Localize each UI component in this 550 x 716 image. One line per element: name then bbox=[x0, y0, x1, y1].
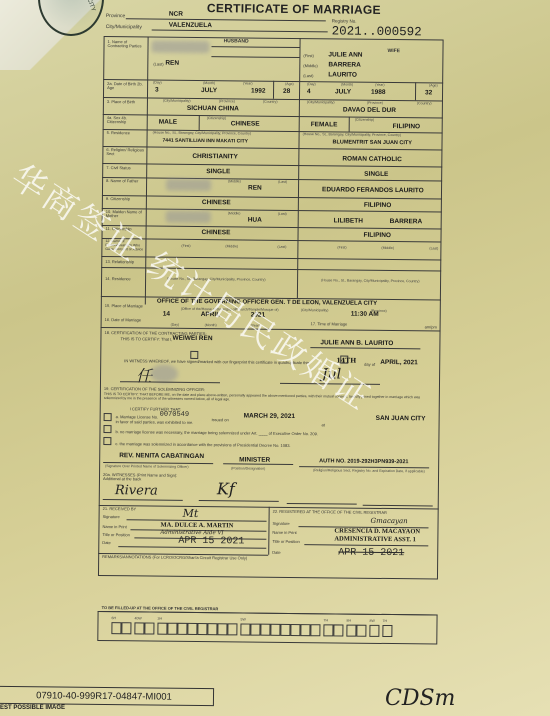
license-date: MARCH 29, 2021 bbox=[244, 412, 295, 420]
marriage-year: 2021 bbox=[251, 312, 266, 319]
witness-signature-2: Kf bbox=[217, 479, 235, 498]
husband-father-citizenship: CHINESE bbox=[202, 199, 231, 206]
husband-mother-citizenship: CHINESE bbox=[202, 229, 231, 236]
label-mother: 10. Maiden Name of Mother bbox=[106, 210, 144, 219]
checkbox-have-entered[interactable] bbox=[190, 351, 198, 359]
label-consent: 12. Name of Person/Guardian Who Gave Con… bbox=[105, 240, 143, 252]
label-witnesses: 20a. WITNESSES (Print Name and Sign): Ad… bbox=[103, 473, 183, 483]
wife-residence: BLUMENTRIT SAN JUAN CITY bbox=[332, 139, 412, 146]
province-label: Province bbox=[106, 14, 126, 20]
husband-age: 28 bbox=[283, 88, 290, 95]
officer-auth: AUTH NO. 2019-292H3PN939-2021 bbox=[319, 458, 408, 465]
wife-age: 32 bbox=[425, 89, 432, 96]
husband-last-name: REN bbox=[165, 60, 179, 67]
wife-middle-name: BARRERA bbox=[328, 61, 361, 68]
wife-dob-month: JULY bbox=[335, 88, 351, 95]
label-date-of-marriage: 16. Date of Marriage bbox=[105, 318, 142, 323]
license-place: SAN JUAN CITY bbox=[376, 415, 426, 423]
wife-civil-status: SINGLE bbox=[364, 171, 388, 178]
wife-mother-first: LILIBETH bbox=[334, 217, 363, 224]
redacted-husband-signature bbox=[150, 365, 178, 383]
checkbox-license[interactable] bbox=[104, 413, 112, 421]
husband-cert-name: WEIWEI REN bbox=[172, 335, 212, 342]
label-civil-status: 7. Civil Status bbox=[106, 166, 130, 171]
registry-number: 2021..000592 bbox=[332, 24, 422, 39]
marriage-certificate-form: CERTIFICATE OF MARRIAGE Province NCR Cit… bbox=[97, 0, 476, 644]
marriage-time: 11:30 AM bbox=[351, 311, 379, 318]
husband-dob-year: 1992 bbox=[251, 88, 266, 95]
wife-cert-name: JULIE ANN B. LAURITO bbox=[320, 339, 393, 347]
marriage-day: 14 bbox=[163, 311, 170, 318]
city-value: VALENZUELA bbox=[169, 22, 212, 29]
husband-dob-day: 3 bbox=[155, 87, 159, 94]
label-consent-residence: 14. Residence bbox=[105, 277, 131, 282]
label-time-of-marriage: 17. Time of Marriage bbox=[311, 322, 348, 327]
best-possible-image-note: EST POSSIBLE IMAGE bbox=[0, 705, 65, 711]
label-names: 1. Name of Contracting Parties bbox=[107, 40, 145, 49]
label-birthplace: 3. Place of Birth bbox=[107, 100, 135, 105]
received-name: MA. DULCE A. MARTIN bbox=[160, 522, 233, 530]
wife-citizenship: FILIPINO bbox=[393, 123, 421, 130]
checkbox-no-license[interactable] bbox=[103, 425, 111, 433]
wife-dob-day: 4 bbox=[307, 88, 311, 95]
husband-mother-last: HUA bbox=[248, 217, 262, 224]
page-title: CERTIFICATE OF MARRIAGE bbox=[164, 1, 424, 18]
city-label: City/Municipality bbox=[106, 25, 142, 31]
received-signature: Mt bbox=[183, 507, 199, 520]
husband-religion: CHRISTIANITY bbox=[192, 153, 238, 160]
registered-signature: Gmacayan bbox=[371, 517, 408, 525]
wife-birthplace: DAVAO DEL DUR bbox=[343, 107, 396, 115]
husband-birthplace: SICHUAN CHINA bbox=[187, 105, 239, 113]
province-value: NCR bbox=[169, 11, 183, 18]
checkbox-pd-1083[interactable] bbox=[103, 437, 111, 445]
wife-father-name: EDUARDO FERANDOS LAURITO bbox=[322, 186, 424, 194]
footer-signature: CDSm bbox=[385, 686, 455, 711]
label-sex-citizenship: 4a. Sex 4b. Citizenship bbox=[107, 116, 145, 125]
redacted-mother-first bbox=[166, 211, 211, 223]
witness-signature-1: Rivera bbox=[115, 483, 158, 498]
wife-dob-year: 1988 bbox=[371, 89, 386, 96]
label-residence: 5. Residence bbox=[107, 131, 130, 136]
wife-header: WIFE bbox=[387, 49, 400, 55]
signed-month-year: APRIL, 2021 bbox=[380, 359, 418, 366]
wife-last-name: LAURITO bbox=[328, 71, 357, 78]
label-dob: 2a. Date of Birth 2b. Age bbox=[107, 82, 145, 91]
label-mother-citizenship: 11. Citizenship bbox=[106, 227, 132, 232]
wife-mother-citizenship: FILIPINO bbox=[364, 232, 392, 239]
wife-sex: FEMALE bbox=[311, 121, 338, 128]
wife-father-citizenship: FILIPINO bbox=[364, 202, 392, 209]
label-place-of-marriage: 15. Place of Marriage bbox=[105, 304, 143, 309]
registered-date: APR 15 2021 bbox=[338, 547, 404, 559]
husband-citizenship: CHINESE bbox=[231, 120, 260, 127]
label-relationship: 13. Relationship bbox=[105, 260, 134, 265]
received-date: APR 15 2021 bbox=[178, 536, 244, 548]
document-code: 07910-40-999R17-04847-MI001 bbox=[0, 686, 214, 706]
wife-first-name: JULIE ANN bbox=[328, 51, 362, 58]
husband-father-last: REN bbox=[248, 185, 262, 192]
registered-title: ADMINISTRATIVE ASST. 1 bbox=[334, 535, 416, 543]
wife-religion: ROMAN CATHOLIC bbox=[342, 156, 402, 164]
husband-residence: 7441 SANTILLIAN INN MAKATI CITY bbox=[162, 138, 248, 145]
husband-civil-status: SINGLE bbox=[206, 168, 230, 175]
redacted-husband-first bbox=[151, 41, 209, 54]
wife-mother-last: BARRERA bbox=[390, 218, 423, 225]
label-religion: 6. Religion/ Religious Sect bbox=[106, 148, 144, 157]
officer-name: REV. NENITA CABATINGAN bbox=[119, 452, 204, 460]
marriage-month: APRIL bbox=[201, 311, 221, 318]
registered-name: CRESENCIA D. MACAYAON bbox=[334, 527, 420, 535]
husband-dob-month: JULY bbox=[201, 87, 217, 94]
signed-day: 14TH bbox=[336, 356, 356, 364]
husband-header: HUSBAND bbox=[224, 39, 249, 45]
husband-sex: MALE bbox=[159, 119, 177, 126]
license-number: 0070549 bbox=[160, 411, 189, 419]
wife-signature: Jul bbox=[322, 366, 341, 382]
label-father-citizenship: 9. Citizenship bbox=[106, 197, 130, 202]
redacted-father-first bbox=[166, 179, 211, 191]
registrar-section-frame bbox=[97, 611, 437, 645]
label-father: 8. Name of Father bbox=[106, 179, 144, 184]
label-received-by: 21. RECEIVED BY bbox=[103, 507, 137, 512]
